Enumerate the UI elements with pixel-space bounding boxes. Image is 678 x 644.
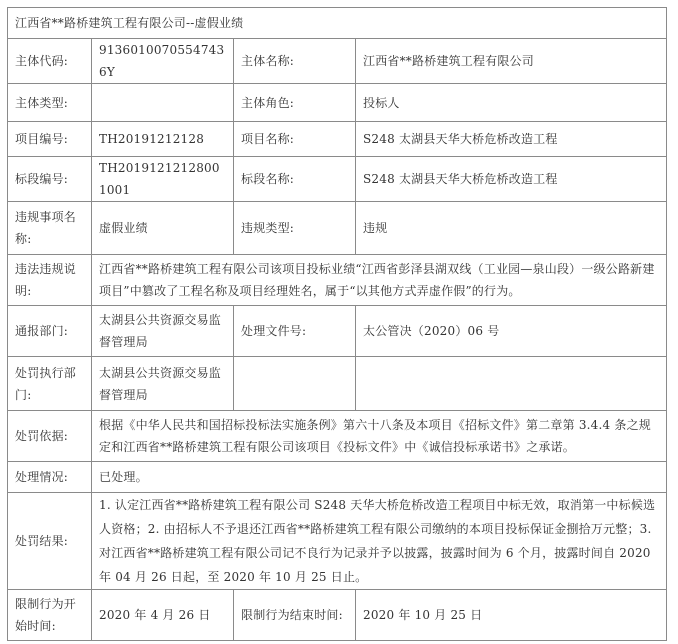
empty-cell (356, 357, 667, 411)
violation-item-value: 虚假业绩 (92, 202, 234, 255)
violation-type-label: 违规类型: (234, 202, 356, 255)
section-name-label: 标段名称: (234, 157, 356, 202)
title-row: 江西省**路桥建筑工程有限公司--虚假业绩 (8, 8, 667, 39)
subject-name-label: 主体名称: (234, 39, 356, 84)
table-row: 标段编号: TH20191212128001001 标段名称: S248 太湖县… (8, 157, 667, 202)
violation-desc-label: 违法违规说明: (8, 255, 92, 306)
table-row: 项目编号: TH20191212128 项目名称: S248 太湖县天华大桥危桥… (8, 122, 667, 157)
table-row: 处罚执行部门: 太湖县公共资源交易监督管理局 (8, 357, 667, 411)
start-time-value: 2020 年 4 月 26 日 (92, 590, 234, 641)
violation-desc-value: 江西省**路桥建筑工程有限公司该项目投标业绩“江西省彭泽县湖双线（工业园—泉山段… (92, 255, 667, 306)
status-label: 处理情况: (8, 462, 92, 493)
doc-no-value: 太公管决（2020）06 号 (356, 306, 667, 357)
table-row: 主体代码: 91360100705547436Y 主体名称: 江西省**路桥建筑… (8, 39, 667, 84)
empty-cell (234, 357, 356, 411)
subject-role-value: 投标人 (356, 84, 667, 122)
subject-name-value: 江西省**路桥建筑工程有限公司 (356, 39, 667, 84)
basis-label: 处罚依据: (8, 411, 92, 462)
exec-dept-label: 处罚执行部门: (8, 357, 92, 411)
basis-value: 根据《中华人民共和国招标投标法实施条例》第六十八条及本项目《招标文件》第二章第 … (92, 411, 667, 462)
project-name-value: S248 太湖县天华大桥危桥改造工程 (356, 122, 667, 157)
table-row: 主体类型: 主体角色: 投标人 (8, 84, 667, 122)
report-dept-value: 太湖县公共资源交易监督管理局 (92, 306, 234, 357)
subject-code-label: 主体代码: (8, 39, 92, 84)
subject-type-label: 主体类型: (8, 84, 92, 122)
subject-role-label: 主体角色: (234, 84, 356, 122)
table-row: 通报部门: 太湖县公共资源交易监督管理局 处理文件号: 太公管决（2020）06… (8, 306, 667, 357)
violation-item-label: 违规事项名称: (8, 202, 92, 255)
status-value: 已处理。 (92, 462, 667, 493)
table-row: 违法违规说明: 江西省**路桥建筑工程有限公司该项目投标业绩“江西省彭泽县湖双线… (8, 255, 667, 306)
table-row: 限制行为开始时间: 2020 年 4 月 26 日 限制行为结束时间: 2020… (8, 590, 667, 641)
project-no-value: TH20191212128 (92, 122, 234, 157)
result-value: 1. 认定江西省**路桥建筑工程有限公司 S248 天华大桥危桥改造工程项目中标… (92, 493, 667, 590)
subject-code-value: 91360100705547436Y (92, 39, 234, 84)
project-no-label: 项目编号: (8, 122, 92, 157)
report-dept-label: 通报部门: (8, 306, 92, 357)
record-title: 江西省**路桥建筑工程有限公司--虚假业绩 (8, 8, 667, 39)
end-time-label: 限制行为结束时间: (234, 590, 356, 641)
end-time-value: 2020 年 10 月 25 日 (356, 590, 667, 641)
doc-no-label: 处理文件号: (234, 306, 356, 357)
table-row: 处罚依据: 根据《中华人民共和国招标投标法实施条例》第六十八条及本项目《招标文件… (8, 411, 667, 462)
subject-type-value (92, 84, 234, 122)
table-row: 处罚结果: 1. 认定江西省**路桥建筑工程有限公司 S248 天华大桥危桥改造… (8, 493, 667, 590)
section-no-label: 标段编号: (8, 157, 92, 202)
result-label: 处罚结果: (8, 493, 92, 590)
table-row: 违规事项名称: 虚假业绩 违规类型: 违规 (8, 202, 667, 255)
project-name-label: 项目名称: (234, 122, 356, 157)
section-no-value: TH20191212128001001 (92, 157, 234, 202)
section-name-value: S248 太湖县天华大桥危桥改造工程 (356, 157, 667, 202)
start-time-label: 限制行为开始时间: (8, 590, 92, 641)
violation-record-table: 江西省**路桥建筑工程有限公司--虚假业绩 主体代码: 913601007055… (7, 7, 667, 641)
violation-type-value: 违规 (356, 202, 667, 255)
exec-dept-value: 太湖县公共资源交易监督管理局 (92, 357, 234, 411)
table-row: 处理情况: 已处理。 (8, 462, 667, 493)
